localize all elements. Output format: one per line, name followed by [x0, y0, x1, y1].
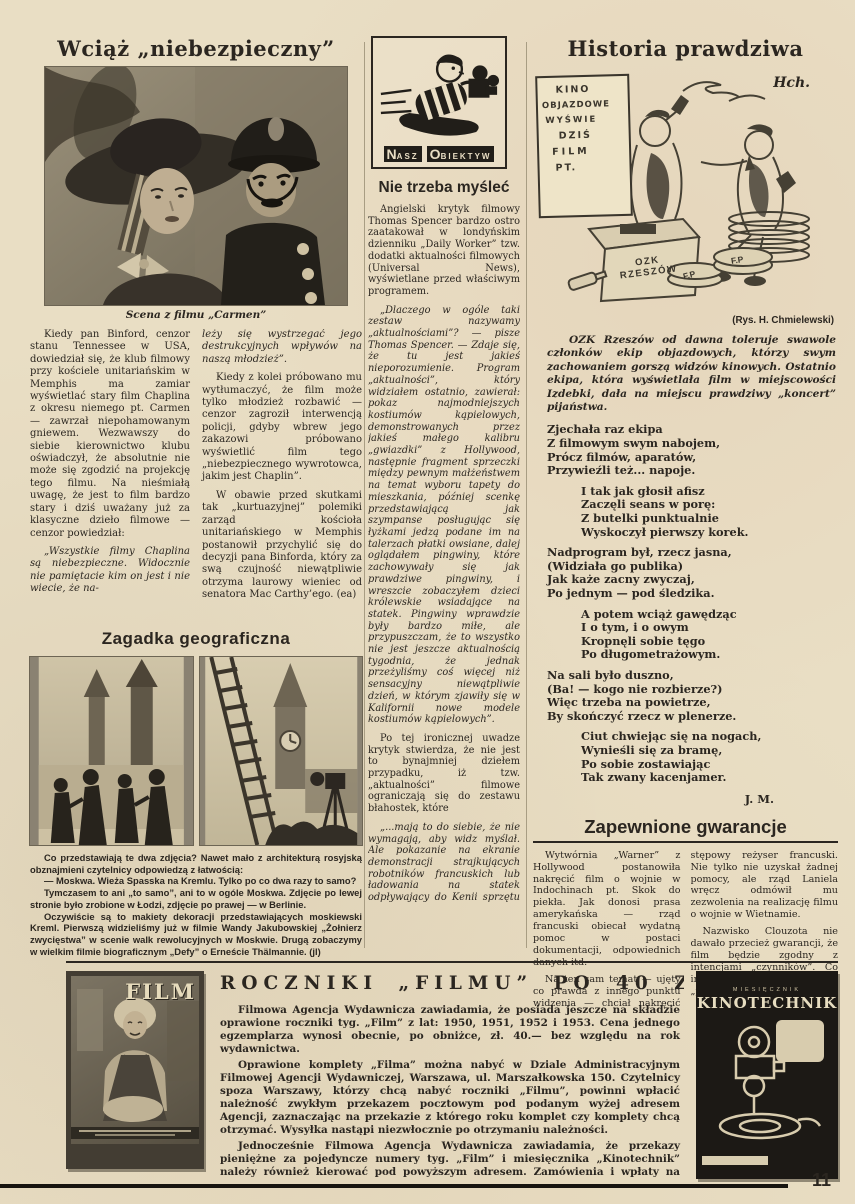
poem-stanza: A potem wciąż gawędząc I o tym, i o owym… [581, 608, 838, 662]
article-title-gwarancje: Zapewnione gwarancje [533, 816, 838, 843]
logo-letter: N [387, 147, 397, 161]
page-bottom-rule [0, 1184, 788, 1188]
logo-letters: BIEKTYW [441, 152, 492, 161]
article-col-1: Kiedy pan Binford, cenzor stanu Tennesse… [30, 329, 190, 621]
zagadka-caption: Co przedstawiają te dwa zdjęcia? Nawet m… [30, 852, 362, 957]
film-logo: FILM [125, 979, 196, 1004]
kinotechnik-cover-bar [702, 1156, 768, 1165]
caption-paragraph: Tymczasem to ani „to samo”, ani to w ogó… [30, 887, 362, 910]
historia-intro: OZK Rzeszów od dawna toleruje swawole cz… [533, 334, 838, 414]
poem-stanza: Nadprogram był, rzecz jasna, (Widziała g… [547, 546, 838, 600]
article-title-zagadka: Zagadka geograficzna [30, 629, 362, 649]
ad-paragraph: Oprawione komplety „Filma” można nabyć w… [220, 1059, 680, 1137]
poem-stanza: Ciut chwiejąc się na nogach, Wynieśli si… [581, 730, 838, 784]
cartoon-credit: (Rys. H. Chmielewski) [533, 315, 834, 326]
paragraph: stępowy reżyser francuski. Nie tylko nie… [691, 850, 839, 921]
ad-paragraph: Filmowa Agencja Wydawnicza zawiadamia, ż… [220, 1004, 680, 1056]
section-roczniki-filmu-ad: FILM ROCZNIKI „FILMU” PO 40 Zł Filmowa A… [66, 971, 838, 1179]
article-title-niebezpieczny: Wciąż „niebezpieczny” [30, 36, 362, 61]
ad-text-block: ROCZNIKI „FILMU” PO 40 Zł Filmowa Agencj… [216, 971, 684, 1179]
section-historia-prawdziwa: Historia prawdziwa [533, 36, 838, 1008]
caption-paragraph: Oczywiście są to makiety dekoracji przed… [30, 911, 362, 958]
logo-letters: ASZ [397, 152, 419, 161]
poster-line: DZIŚ [559, 129, 625, 142]
poem-author-initials: J. M. [533, 792, 838, 806]
ad-top-rule [66, 961, 838, 963]
poster-line: KINO [555, 83, 623, 96]
column-divider-right [526, 42, 527, 948]
paragraph: Kiedy z kolei próbowano mu wytłumaczyć, … [202, 372, 362, 484]
photo-caption-carmen: Scena z filmu „Carmen” [30, 309, 362, 321]
photo-kremlin-set-berlin [200, 657, 363, 845]
zagadka-photos [30, 657, 362, 845]
cameraman-rocket-icon [379, 42, 499, 142]
projector-icon [702, 1016, 832, 1148]
paragraph: Kiedy pan Binford, cenzor stanu Tennesse… [30, 329, 190, 540]
kremlin-lodz-illustration [30, 657, 193, 845]
poster-line: WYŚWIE [545, 114, 624, 126]
article-body-nie-trzeba-myslec: Angielski krytyk filmowy Thomas Spencer … [368, 204, 520, 904]
poem-stanza: Na sali było duszno, (Ba! — kogo nie roz… [547, 669, 838, 723]
caption-paragraph: Co przedstawiają te dwa zdjęcia? Nawet m… [30, 852, 362, 875]
film-magazine-cover: FILM [66, 971, 204, 1169]
page-number: 11 [812, 1170, 831, 1191]
poster-line: FILM [552, 145, 625, 158]
section-nasz-obiektyw: NASZ OBIEKTYW Nie trzeba myśleć Angielsk… [368, 36, 520, 904]
poem-stanza: Zjechała raz ekipa Z filmowym swym naboj… [547, 423, 838, 477]
paragraph: Angielski krytyk filmowy Thomas Spencer … [368, 204, 520, 298]
ad-paragraph: Jednocześnie Filmowa Agencja Wydawnicza … [220, 1140, 680, 1179]
kinotechnik-logo: KINOTECHNIK [696, 994, 838, 1012]
paragraph-quote: „...mają to do siebie, że nie wymagają, … [368, 822, 520, 904]
logo-word-obiektyw: OBIEKTYW [427, 146, 495, 162]
photo-carmen-scene [45, 67, 347, 305]
paragraph: Po tej ironicznej uwadze krytyk stwierdz… [368, 733, 520, 815]
paragraph: Wytwórnia „Warner” z Hollywood postanowi… [533, 850, 681, 969]
article-body-niebezpieczny: Kiedy pan Binford, cenzor stanu Tennesse… [30, 329, 362, 621]
article-title-historia: Historia prawdziwa [533, 36, 838, 61]
poem: Zjechała raz ekipa Z filmowym swym naboj… [533, 423, 838, 784]
carmen-photo-illustration [45, 67, 347, 305]
caption-paragraph: — Moskwa. Wieża Spasska na Kremlu. Tylko… [30, 875, 362, 887]
kremlin-berlin-illustration [200, 657, 363, 845]
paragraph: W obawie przed skutkami tak „kurtuazyjne… [202, 490, 362, 602]
article-col-2: leży się wystrzegać jego destrukcyjnych … [202, 329, 362, 621]
kinotechnik-magazine-cover: MIESIĘCZNIK KINOTECHNIK [696, 971, 838, 1179]
photo-kremlin-set-lodz [30, 657, 193, 845]
nasz-obiektyw-logo: NASZ OBIEKTYW [371, 36, 507, 169]
paragraph-quote: „Dlaczego w ogóle taki zestaw nazywamy „… [368, 305, 520, 726]
cartoon-drunk-cinema-crew: KINO OBJAZDOWE WYŚWIE DZIŚ FILM PT. Hch.… [533, 67, 838, 313]
logo-letter: O [430, 147, 441, 161]
paragraph-quote: leży się wystrzegać jego destrukcyjnych … [202, 329, 362, 366]
kinotechnik-subtitle: MIESIĘCZNIK [696, 987, 838, 993]
article-title-nie-trzeba-myslec: Nie trzeba myśleć [368, 179, 520, 197]
logo-word-nasz: NASZ [384, 146, 422, 162]
film-reel-label: F.P [730, 254, 744, 266]
nasz-obiektyw-wordmark: NASZ OBIEKTYW [375, 146, 503, 162]
paragraph-quote: „Wszystkie filmy Chaplina są niebezpiecz… [30, 546, 190, 596]
ad-title: ROCZNIKI „FILMU” PO 40 Zł [220, 973, 680, 994]
poster-line: PT. [555, 161, 625, 174]
poem-stanza: I tak jak głosił afisz Zaczęli seans w p… [581, 485, 838, 539]
cartoonist-signature: Hch. [773, 75, 810, 91]
cartoon-poster-kino-objazdowe: KINO OBJAZDOWE WYŚWIE DZIŚ FILM PT. [535, 74, 633, 218]
poster-line: OBJAZDOWE [542, 99, 624, 111]
column-divider-left [364, 42, 365, 948]
section-wciaz-niebezpieczny: Wciąż „niebezpieczny” [30, 36, 362, 957]
